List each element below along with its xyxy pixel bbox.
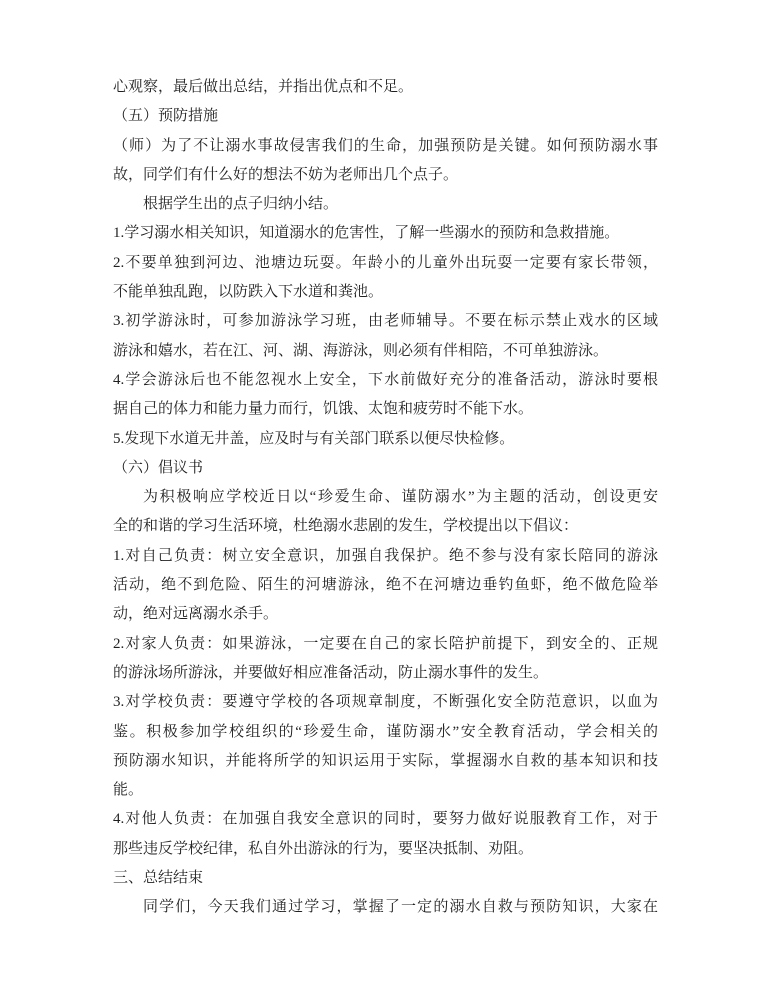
list-item: 3.初学游泳时，可参加游泳学习班，由老师辅导。不要在标示禁止戏水的区域 xyxy=(113,307,658,336)
text-line: 据自己的体力和能力量力而行，饥饿、太饱和疲劳时不能下水。 xyxy=(113,395,658,424)
document-page: 心观察，最后做出总结，并指出优点和不足。 （五）预防措施 （师）为了不让溺水事故… xyxy=(0,0,770,1000)
text-line: 活动，绝不到危险、陌生的河塘游泳，绝不在河塘边垂钓鱼虾，绝不做危险举 xyxy=(113,571,658,600)
text-line: 游泳和嬉水，若在江、河、湖、海游泳，则必须有伴相陪，不可单独游泳。 xyxy=(113,337,658,366)
list-item: 4.对他人负责：在加强自我安全意识的同时，要努力做好说服教育工作，对于 xyxy=(113,805,658,834)
list-item: 3.对学校负责：要遵守学校的各项规章制度，不断强化安全防范意识，以血为 xyxy=(113,688,658,717)
text-line: 全的和谐的学习生活环境，杜绝溺水悲剧的发生，学校提出以下倡议： xyxy=(113,512,658,541)
list-item: 4.学会游泳后也不能忽视水上安全，下水前做好充分的准备活动，游泳时要根 xyxy=(113,366,658,395)
text-line: 鉴。积极参加学校组织的“珍爱生命，谨防溺水”安全教育活动，学会相关的 xyxy=(113,718,658,747)
list-item: 2.不要单独到河边、池塘边玩耍。年龄小的儿童外出玩耍一定要有家长带领， xyxy=(113,249,658,278)
text-line: 那些违反学校纪律，私自外出游泳的行为，要坚决抵制、劝阻。 xyxy=(113,835,658,864)
text-line: 动，绝对远离溺水杀手。 xyxy=(113,600,658,629)
text-line: 根据学生出的点子归纳小结。 xyxy=(113,190,658,219)
text-line: 同学们，今天我们通过学习，掌握了一定的溺水自救与预防知识，大家在 xyxy=(113,893,658,922)
text-line: 预防溺水知识，并能将所学的知识运用于实际，掌握溺水自救的基本知识和技 xyxy=(113,747,658,776)
section-heading: （五）预防措施 xyxy=(113,102,658,131)
list-item: 2.对家人负责：如果游泳，一定要在自己的家长陪护前提下，到安全的、正规 xyxy=(113,630,658,659)
text-line: 为积极响应学校近日以“珍爱生命、谨防溺水”为主题的活动，创设更安 xyxy=(113,483,658,512)
text-line: 故，同学们有什么好的想法不妨为老师出几个点子。 xyxy=(113,161,658,190)
text-line: （师）为了不让溺水事故侵害我们的生命，加强预防是关键。如何预防溺水事 xyxy=(113,132,658,161)
text-line: 心观察，最后做出总结，并指出优点和不足。 xyxy=(113,73,658,102)
text-line: 不能单独乱跑，以防跌入下水道和粪池。 xyxy=(113,278,658,307)
section-heading: （六）倡议书 xyxy=(113,454,658,483)
list-item: 1.对自己负责：树立安全意识，加强自我保护。绝不参与没有家长陪同的游泳 xyxy=(113,542,658,571)
text-line: 的游泳场所游泳，并要做好相应准备活动，防止溺水事件的发生。 xyxy=(113,659,658,688)
list-item: 5.发现下水道无井盖，应及时与有关部门联系以便尽快检修。 xyxy=(113,425,658,454)
list-item: 1.学习溺水相关知识，知道溺水的危害性，了解一些溺水的预防和急救措施。 xyxy=(113,219,658,248)
text-line: 能。 xyxy=(113,776,658,805)
section-heading: 三、总结结束 xyxy=(113,864,658,893)
